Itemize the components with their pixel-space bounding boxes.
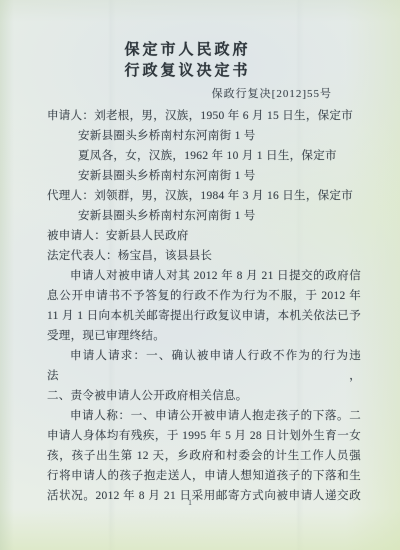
parties-block: 申请人：刘老根，男，汉族，1950 年 6 月 15 日生，保定市 安新县圈头乡…: [47, 106, 361, 266]
body-line: 息公开申请书不予答复的行政不作为行为不服，于 2012 年: [47, 286, 361, 306]
applicant-line: 申请人：刘老根，男，汉族，1950 年 6 月 15 日生，保定市: [47, 106, 361, 126]
body-line: 行将申请人的孩子抱走送人，申请人想知道孩子的下落和生: [47, 466, 361, 486]
respondent-line: 被申请人：安新县人民政府: [47, 226, 361, 246]
document-title-line-1: 保定市人民政府: [47, 40, 361, 61]
body-line: 孩，孩子出生第 12 天，乡政府和村委会的计生工作人员强: [47, 446, 361, 466]
body-line: 二、责令被申请人公开政府相关信息。: [47, 386, 361, 406]
body-line: 申请人请求：一、确认被申请人行政不作为的行为违法，: [47, 346, 361, 386]
scanned-document-page: 保定市人民政府 行政复议决定书 保政行复决[2012]55号 申请人：刘老根，男…: [0, 0, 400, 550]
body-text-block: 申请人对被申请人对其 2012 年 8 月 21 日提交的政府信 息公开申请书不…: [47, 266, 361, 506]
body-line: 11 月 1 日向本机关邮寄提出行政复议申请，本机关依法已予: [47, 306, 361, 326]
page-number: 1: [0, 498, 380, 508]
applicant2-line: 夏凤各，女，汉族，1962 年 10 月 1 日生，保定市: [47, 146, 361, 166]
document-number: 保政行复决[2012]55号: [47, 86, 361, 102]
document-content: 保定市人民政府 行政复议决定书 保政行复决[2012]55号 申请人：刘老根，男…: [47, 40, 361, 506]
agent-line: 代理人：刘领群，男，汉族，1984 年 3 月 16 日生，保定市: [47, 186, 361, 206]
body-line: 申请人身体均有残疾，于 1995 年 5 月 28 日计划外生育一女: [47, 426, 361, 446]
document-title-line-2: 行政复议决定书: [47, 61, 361, 82]
applicant2-address-line: 安新县圈头乡桥南村东河南街 1 号: [47, 166, 361, 186]
applicant-address-line: 安新县圈头乡桥南村东河南街 1 号: [47, 126, 361, 146]
agent-address-line: 安新县圈头乡桥南村东河南街 1 号: [47, 206, 361, 226]
legal-representative-line: 法定代表人：杨宝昌，该县县长: [47, 246, 361, 266]
body-line: 申请人称：一、申请公开被申请人抱走孩子的下落。二: [47, 406, 361, 426]
body-line: 申请人对被申请人对其 2012 年 8 月 21 日提交的政府信: [47, 266, 361, 286]
body-line: 受理，现已审理终结。: [47, 326, 361, 346]
